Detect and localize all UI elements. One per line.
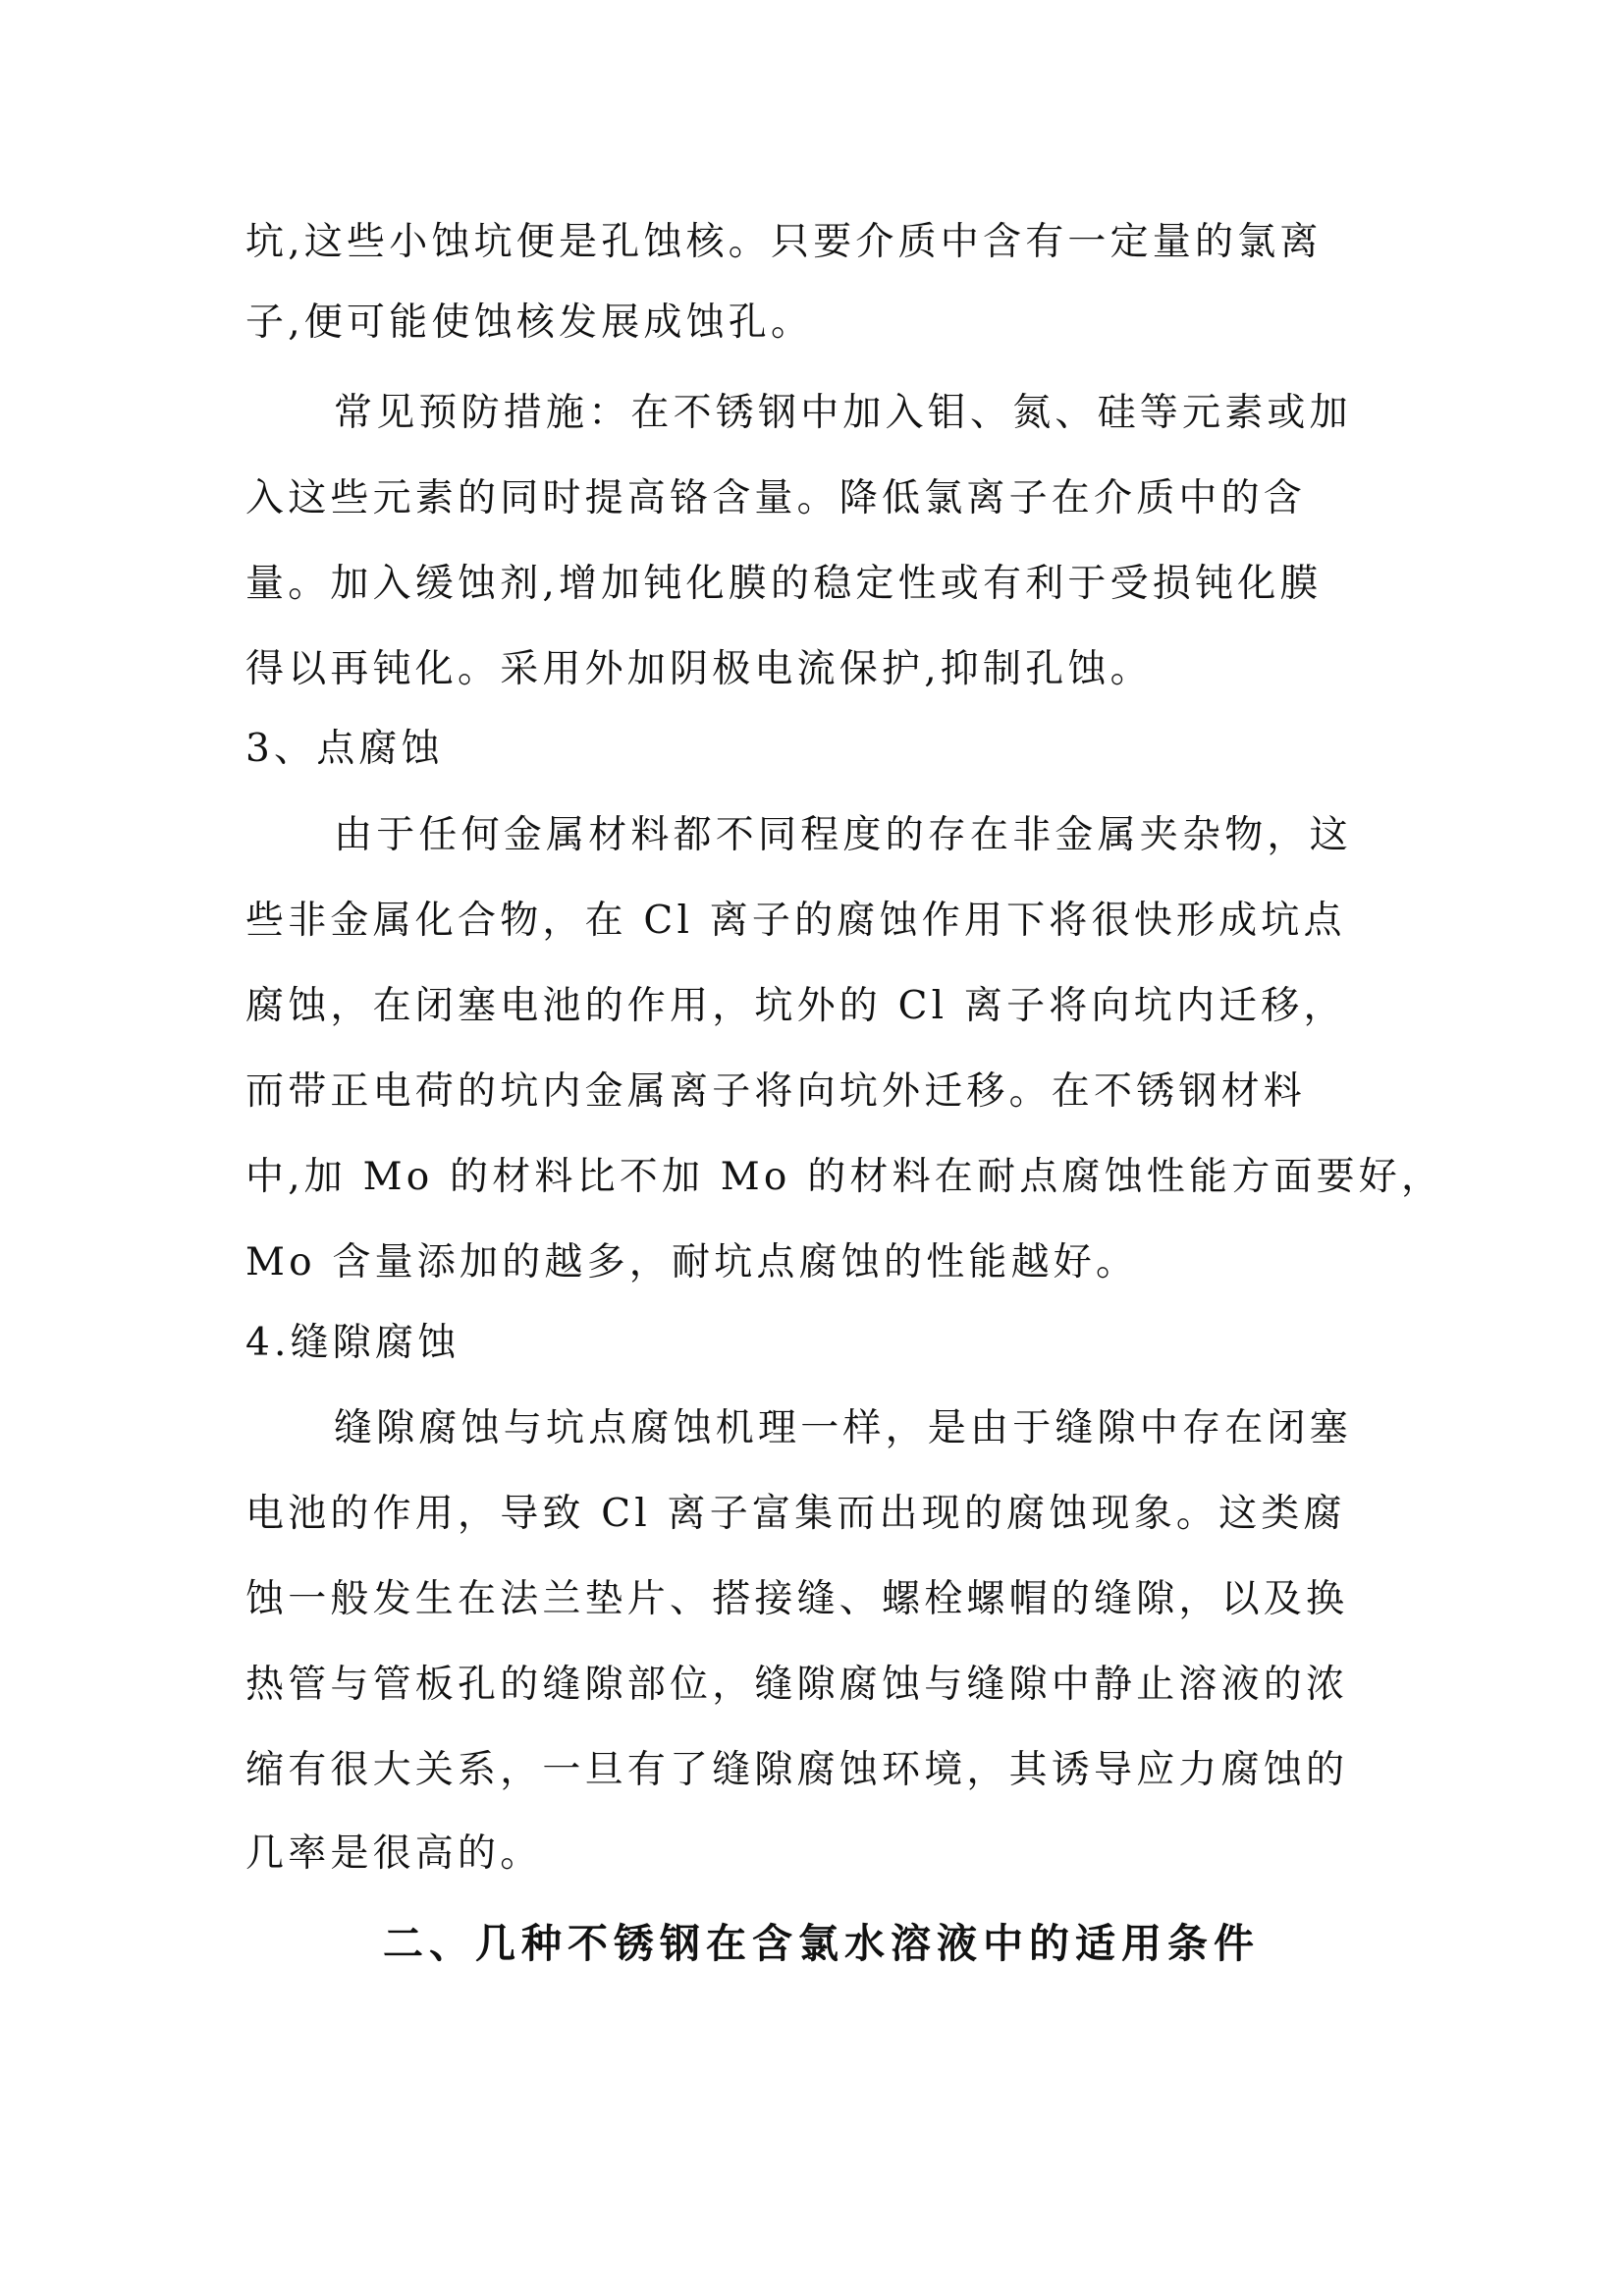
text-line: 3、点腐蚀 (245, 725, 1389, 774)
text-line: Mo 含量添加的越多，耐坑点腐蚀的性能越好。 (245, 1238, 1389, 1287)
text-line: 缩有很大关系，一旦有了缝隙腐蚀环境，其诱导应力腐蚀的 (245, 1746, 1389, 1795)
text-line: 坑,这些小蚀坑便是孔蚀核。只要介质中含有一定量的氯离 (245, 218, 1389, 267)
text-line: 由于任何金属材料都不同程度的存在非金属夹杂物，这 (334, 811, 1389, 860)
text-line: 些非金属化合物，在 Cl 离子的腐蚀作用下将很快形成坑点 (245, 897, 1389, 946)
text-line: 蚀一般发生在法兰垫片、搭接缝、螺栓螺帽的缝隙，以及换 (245, 1575, 1389, 1624)
text-line: 子,便可能使蚀核发展成蚀孔。 (245, 299, 1389, 348)
text-line: 而带正电荷的坑内金属离子将向坑外迁移。在不锈钢材料 (245, 1067, 1389, 1117)
document-page: 坑,这些小蚀坑便是孔蚀核。只要介质中含有一定量的氯离子,便可能使蚀核发展成蚀孔。… (0, 0, 1623, 2296)
section-heading: 二、几种不锈钢在含氯水溶液中的适用条件 (0, 1917, 1623, 1970)
text-line: 入这些元素的同时提高铬含量。降低氯离子在介质中的含 (245, 474, 1389, 523)
text-line: 常见预防措施：在不锈钢中加入钼、氮、硅等元素或加 (334, 389, 1389, 438)
text-line: 量。加入缓蚀剂,增加钝化膜的稳定性或有利于受损钝化膜 (245, 560, 1389, 609)
text-line: 缝隙腐蚀与坑点腐蚀机理一样，是由于缝隙中存在闭塞 (334, 1404, 1389, 1453)
text-line: 得以再钝化。采用外加阴极电流保护,抑制孔蚀。 (245, 645, 1389, 694)
text-line: 中,加 Mo 的材料比不加 Mo 的材料在耐点腐蚀性能方面要好， (245, 1153, 1389, 1202)
text-line: 几率是很高的。 (245, 1830, 1389, 1879)
text-line: 电池的作用，导致 Cl 离子富集而出现的腐蚀现象。这类腐 (245, 1490, 1389, 1539)
text-line: 4.缝隙腐蚀 (245, 1319, 1389, 1368)
text-line: 热管与管板孔的缝隙部位，缝隙腐蚀与缝隙中静止溶液的浓 (245, 1661, 1389, 1710)
text-line: 腐蚀，在闭塞电池的作用，坑外的 Cl 离子将向坑内迁移， (245, 982, 1389, 1031)
